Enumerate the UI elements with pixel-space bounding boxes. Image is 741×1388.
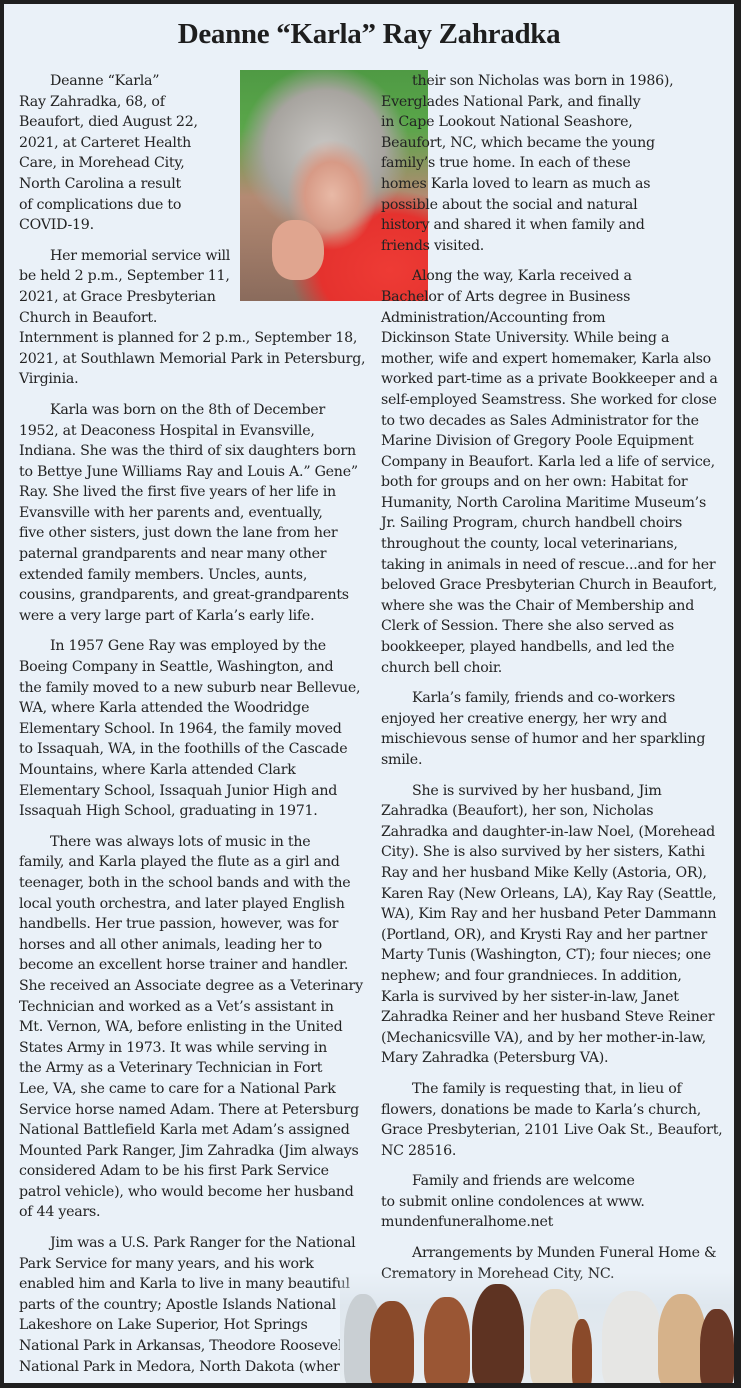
text-line: taking in animals in need of rescue...an… — [381, 555, 726, 576]
text-line: Her memorial service will — [19, 246, 359, 267]
bottom-border — [0, 1384, 741, 1388]
text-line: Deanne “Karla” — [19, 71, 359, 92]
text-line: friends visited. — [381, 236, 726, 257]
paragraph: Along the way, Karla received aBachelor … — [381, 266, 726, 678]
text-line: 2021, at Carteret Health — [19, 133, 359, 154]
text-line: Karla was born on the 8th of December — [19, 400, 359, 421]
text-line: Jr. Sailing Program, church handbell cho… — [381, 513, 726, 534]
right-column: their son Nicholas was born in 1986),Eve… — [381, 71, 726, 1294]
text-line: their son Nicholas was born in 1986), — [381, 71, 726, 92]
text-line: become an excellent horse trainer and ha… — [19, 955, 359, 976]
text-line: There was always lots of music in the — [19, 832, 359, 853]
text-line: Evansville with her parents and, eventua… — [19, 503, 359, 524]
text-line: the Army as a Veterinary Technician in F… — [19, 1058, 359, 1079]
text-line: to submit online condolences at www. — [381, 1192, 726, 1213]
text-line: Elementary School. In 1964, the family m… — [19, 719, 359, 740]
text-line: both for groups and on her own: Habitat … — [381, 472, 726, 493]
text-line: National Battlefield Karla met Adam’s as… — [19, 1120, 359, 1141]
text-line: (Portland, OR), and Krysti Ray and her p… — [381, 925, 726, 946]
text-line: The family is requesting that, in lieu o… — [381, 1079, 726, 1100]
text-line: Technician and worked as a Vet’s assista… — [19, 997, 359, 1018]
text-line: 2021, at Southlawn Memorial Park in Pete… — [19, 349, 359, 370]
text-line: Care, in Morehead City, — [19, 153, 359, 174]
text-line: local youth orchestra, and later played … — [19, 894, 359, 915]
text-line: possible about the social and natural — [381, 195, 726, 216]
text-line: Virginia. — [19, 369, 359, 390]
text-line: patrol vehicle), who would become her hu… — [19, 1182, 359, 1203]
text-line: 1952, at Deaconess Hospital in Evansvill… — [19, 421, 359, 442]
paragraph: Deanne “Karla”Ray Zahradka, 68, ofBeaufo… — [19, 71, 359, 236]
text-line: Mountains, where Karla attended Clark — [19, 760, 359, 781]
text-line: Family and friends are welcome — [381, 1171, 726, 1192]
text-line: Ray. She lived the first five years of h… — [19, 482, 359, 503]
text-line: in Cape Lookout National Seashore, — [381, 112, 726, 133]
obituary-page: Deanne “Karla” Ray Zahradka Deanne “Karl… — [4, 4, 734, 1383]
text-line: family, and Karla played the flute as a … — [19, 852, 359, 873]
text-line: She is survived by her husband, Jim — [381, 781, 726, 802]
text-line: WA, where Karla attended the Woodridge — [19, 698, 359, 719]
text-line: Beaufort, NC, which became the young — [381, 133, 726, 154]
text-line: flowers, donations be made to Karla’s ch… — [381, 1100, 726, 1121]
text-line: Issaquah High School, graduating in 1971… — [19, 801, 359, 822]
text-line: Ray Zahradka, 68, of — [19, 92, 359, 113]
text-line: Karen Ray (New Orleans, LA), Kay Ray (Se… — [381, 884, 726, 905]
paragraph: She is survived by her husband, JimZahra… — [381, 781, 726, 1069]
text-line: of complications due to — [19, 195, 359, 216]
text-line: Company in Beaufort. Karla led a life of… — [381, 452, 726, 473]
text-line: to Issaquah, WA, in the foothills of the… — [19, 739, 359, 760]
text-line: Park Service for many years, and his wor… — [19, 1254, 359, 1275]
text-line: bookkeeper, played handbells, and led th… — [381, 637, 726, 658]
text-line: Karla is survived by her sister-in-law, … — [381, 987, 726, 1008]
text-line: homes Karla loved to learn as much as — [381, 174, 726, 195]
text-line: Bachelor of Arts degree in Business — [381, 287, 726, 308]
text-line: Marine Division of Gregory Poole Equipme… — [381, 431, 726, 452]
text-line: 2021, at Grace Presbyterian — [19, 287, 359, 308]
text-line: Arrangements by Munden Funeral Home & — [381, 1243, 726, 1264]
text-line: National Park in Medora, North Dakota (w… — [19, 1357, 359, 1378]
text-line: Boeing Company in Seattle, Washington, a… — [19, 657, 359, 678]
paragraph: their son Nicholas was born in 1986),Eve… — [381, 71, 726, 256]
text-line: Clerk of Session. There she also served … — [381, 616, 726, 637]
text-line: Indiana. She was the third of six daught… — [19, 441, 359, 462]
paragraph: There was always lots of music in thefam… — [19, 832, 359, 1223]
text-line: Service horse named Adam. There at Peter… — [19, 1100, 359, 1121]
text-line: cousins, grandparents, and great-grandpa… — [19, 585, 359, 606]
obituary-title: Deanne “Karla” Ray Zahradka — [4, 18, 734, 51]
paragraph: Jim was a U.S. Park Ranger for the Natio… — [19, 1233, 359, 1377]
left-column: Deanne “Karla”Ray Zahradka, 68, ofBeaufo… — [19, 71, 359, 1383]
text-line: be held 2 p.m., September 11, — [19, 266, 359, 287]
text-line: of 44 years. — [19, 1202, 359, 1223]
text-line: Mary Zahradka (Petersburg VA). — [381, 1048, 726, 1069]
text-line: Along the way, Karla received a — [381, 266, 726, 287]
text-line: Mt. Vernon, WA, before enlisting in the … — [19, 1017, 359, 1038]
text-line: Lakeshore on Lake Superior, Hot Springs — [19, 1315, 359, 1336]
text-line: to Bettye June Williams Ray and Louis A.… — [19, 462, 359, 483]
horses-in-snow-image — [340, 1272, 734, 1383]
paragraph: The family is requesting that, in lieu o… — [381, 1079, 726, 1161]
text-line: Church in Beaufort. — [19, 308, 359, 329]
text-line: were a very large part of Karla’s early … — [19, 606, 359, 627]
paragraph: Family and friends are welcometo submit … — [381, 1171, 726, 1233]
text-line: NC 28516. — [381, 1141, 726, 1162]
text-line: In 1957 Gene Ray was employed by the — [19, 636, 359, 657]
text-line: Marty Tunis (Washington, CT); four niece… — [381, 945, 726, 966]
text-line: the family moved to a new suburb near Be… — [19, 678, 359, 699]
text-line: WA), Kim Ray and her husband Peter Damma… — [381, 904, 726, 925]
text-line: mundenfuneralhome.net — [381, 1212, 726, 1233]
text-line: teenager, both in the school bands and w… — [19, 873, 359, 894]
text-line: beloved Grace Presbyterian Church in Bea… — [381, 575, 726, 596]
text-line: Dickinson State University. While being … — [381, 328, 726, 349]
text-line: National Park in Arkansas, Theodore Roos… — [19, 1336, 359, 1357]
text-line: family’s true home. In each of these — [381, 153, 726, 174]
text-line: Administration/Accounting from — [381, 308, 726, 329]
text-line: COVID-19. — [19, 215, 359, 236]
text-line: where she was the Chair of Membership an… — [381, 596, 726, 617]
paragraph: Karla was born on the 8th of December195… — [19, 400, 359, 627]
text-line: self-employed Seamstress. She worked for… — [381, 390, 726, 411]
text-line: parts of the country; Apostle Islands Na… — [19, 1295, 359, 1316]
paragraph: In 1957 Gene Ray was employed by theBoei… — [19, 636, 359, 821]
text-line: Jim was a U.S. Park Ranger for the Natio… — [19, 1233, 359, 1254]
text-line: Zahradka and daughter-in-law Noel, (More… — [381, 822, 726, 843]
text-line: Grace Presbyterian, 2101 Live Oak St., B… — [381, 1120, 726, 1141]
text-line: Karla’s family, friends and co-workers — [381, 688, 726, 709]
text-line: She received an Associate degree as a Ve… — [19, 976, 359, 997]
text-line: extended family members. Uncles, aunts, — [19, 565, 359, 586]
text-line: enabled him and Karla to live in many be… — [19, 1274, 359, 1295]
text-line: mischievous sense of humor and her spark… — [381, 729, 726, 750]
paragraph: Her memorial service willbe held 2 p.m.,… — [19, 246, 359, 390]
text-line: smile. — [381, 750, 726, 771]
text-line: five other sisters, just down the lane f… — [19, 523, 359, 544]
text-line: Zahradka Reiner and her husband Steve Re… — [381, 1007, 726, 1028]
text-line: (Mechanicsville VA), and by her mother-i… — [381, 1028, 726, 1049]
text-line: States Army in 1973. It was while servin… — [19, 1038, 359, 1059]
text-line: throughout the county, local veterinaria… — [381, 534, 726, 555]
text-line: worked part-time as a private Bookkeeper… — [381, 369, 726, 390]
text-line: North Carolina a result — [19, 174, 359, 195]
text-line: enjoyed her creative energy, her wry and — [381, 709, 726, 730]
text-line: horses and all other animals, leading he… — [19, 935, 359, 956]
paragraph: Karla’s family, friends and co-workersen… — [381, 688, 726, 770]
text-line: paternal grandparents and near many othe… — [19, 544, 359, 565]
text-line: handbells. Her true passion, however, wa… — [19, 914, 359, 935]
text-line: Mounted Park Ranger, Jim Zahradka (Jim a… — [19, 1141, 359, 1162]
text-line: Lee, VA, she came to care for a National… — [19, 1079, 359, 1100]
text-line: Everglades National Park, and finally — [381, 92, 726, 113]
text-line: history and shared it when family and — [381, 215, 726, 236]
text-line: Zahradka (Beaufort), her son, Nicholas — [381, 801, 726, 822]
text-line: considered Adam to be his first Park Ser… — [19, 1161, 359, 1182]
text-line: to two decades as Sales Administrator fo… — [381, 411, 726, 432]
text-line: Beaufort, died August 22, — [19, 112, 359, 133]
text-line: church bell choir. — [381, 658, 726, 679]
text-line: mother, wife and expert homemaker, Karla… — [381, 349, 726, 370]
text-line: Internment is planned for 2 p.m., Septem… — [19, 328, 359, 349]
text-line: Elementary School, Issaquah Junior High … — [19, 781, 359, 802]
text-line: City). She is also survived by her siste… — [381, 842, 726, 863]
text-line: Ray and her husband Mike Kelly (Astoria,… — [381, 863, 726, 884]
text-line: Humanity, North Carolina Maritime Museum… — [381, 493, 726, 514]
text-line: nephew; and four grandnieces. In additio… — [381, 966, 726, 987]
